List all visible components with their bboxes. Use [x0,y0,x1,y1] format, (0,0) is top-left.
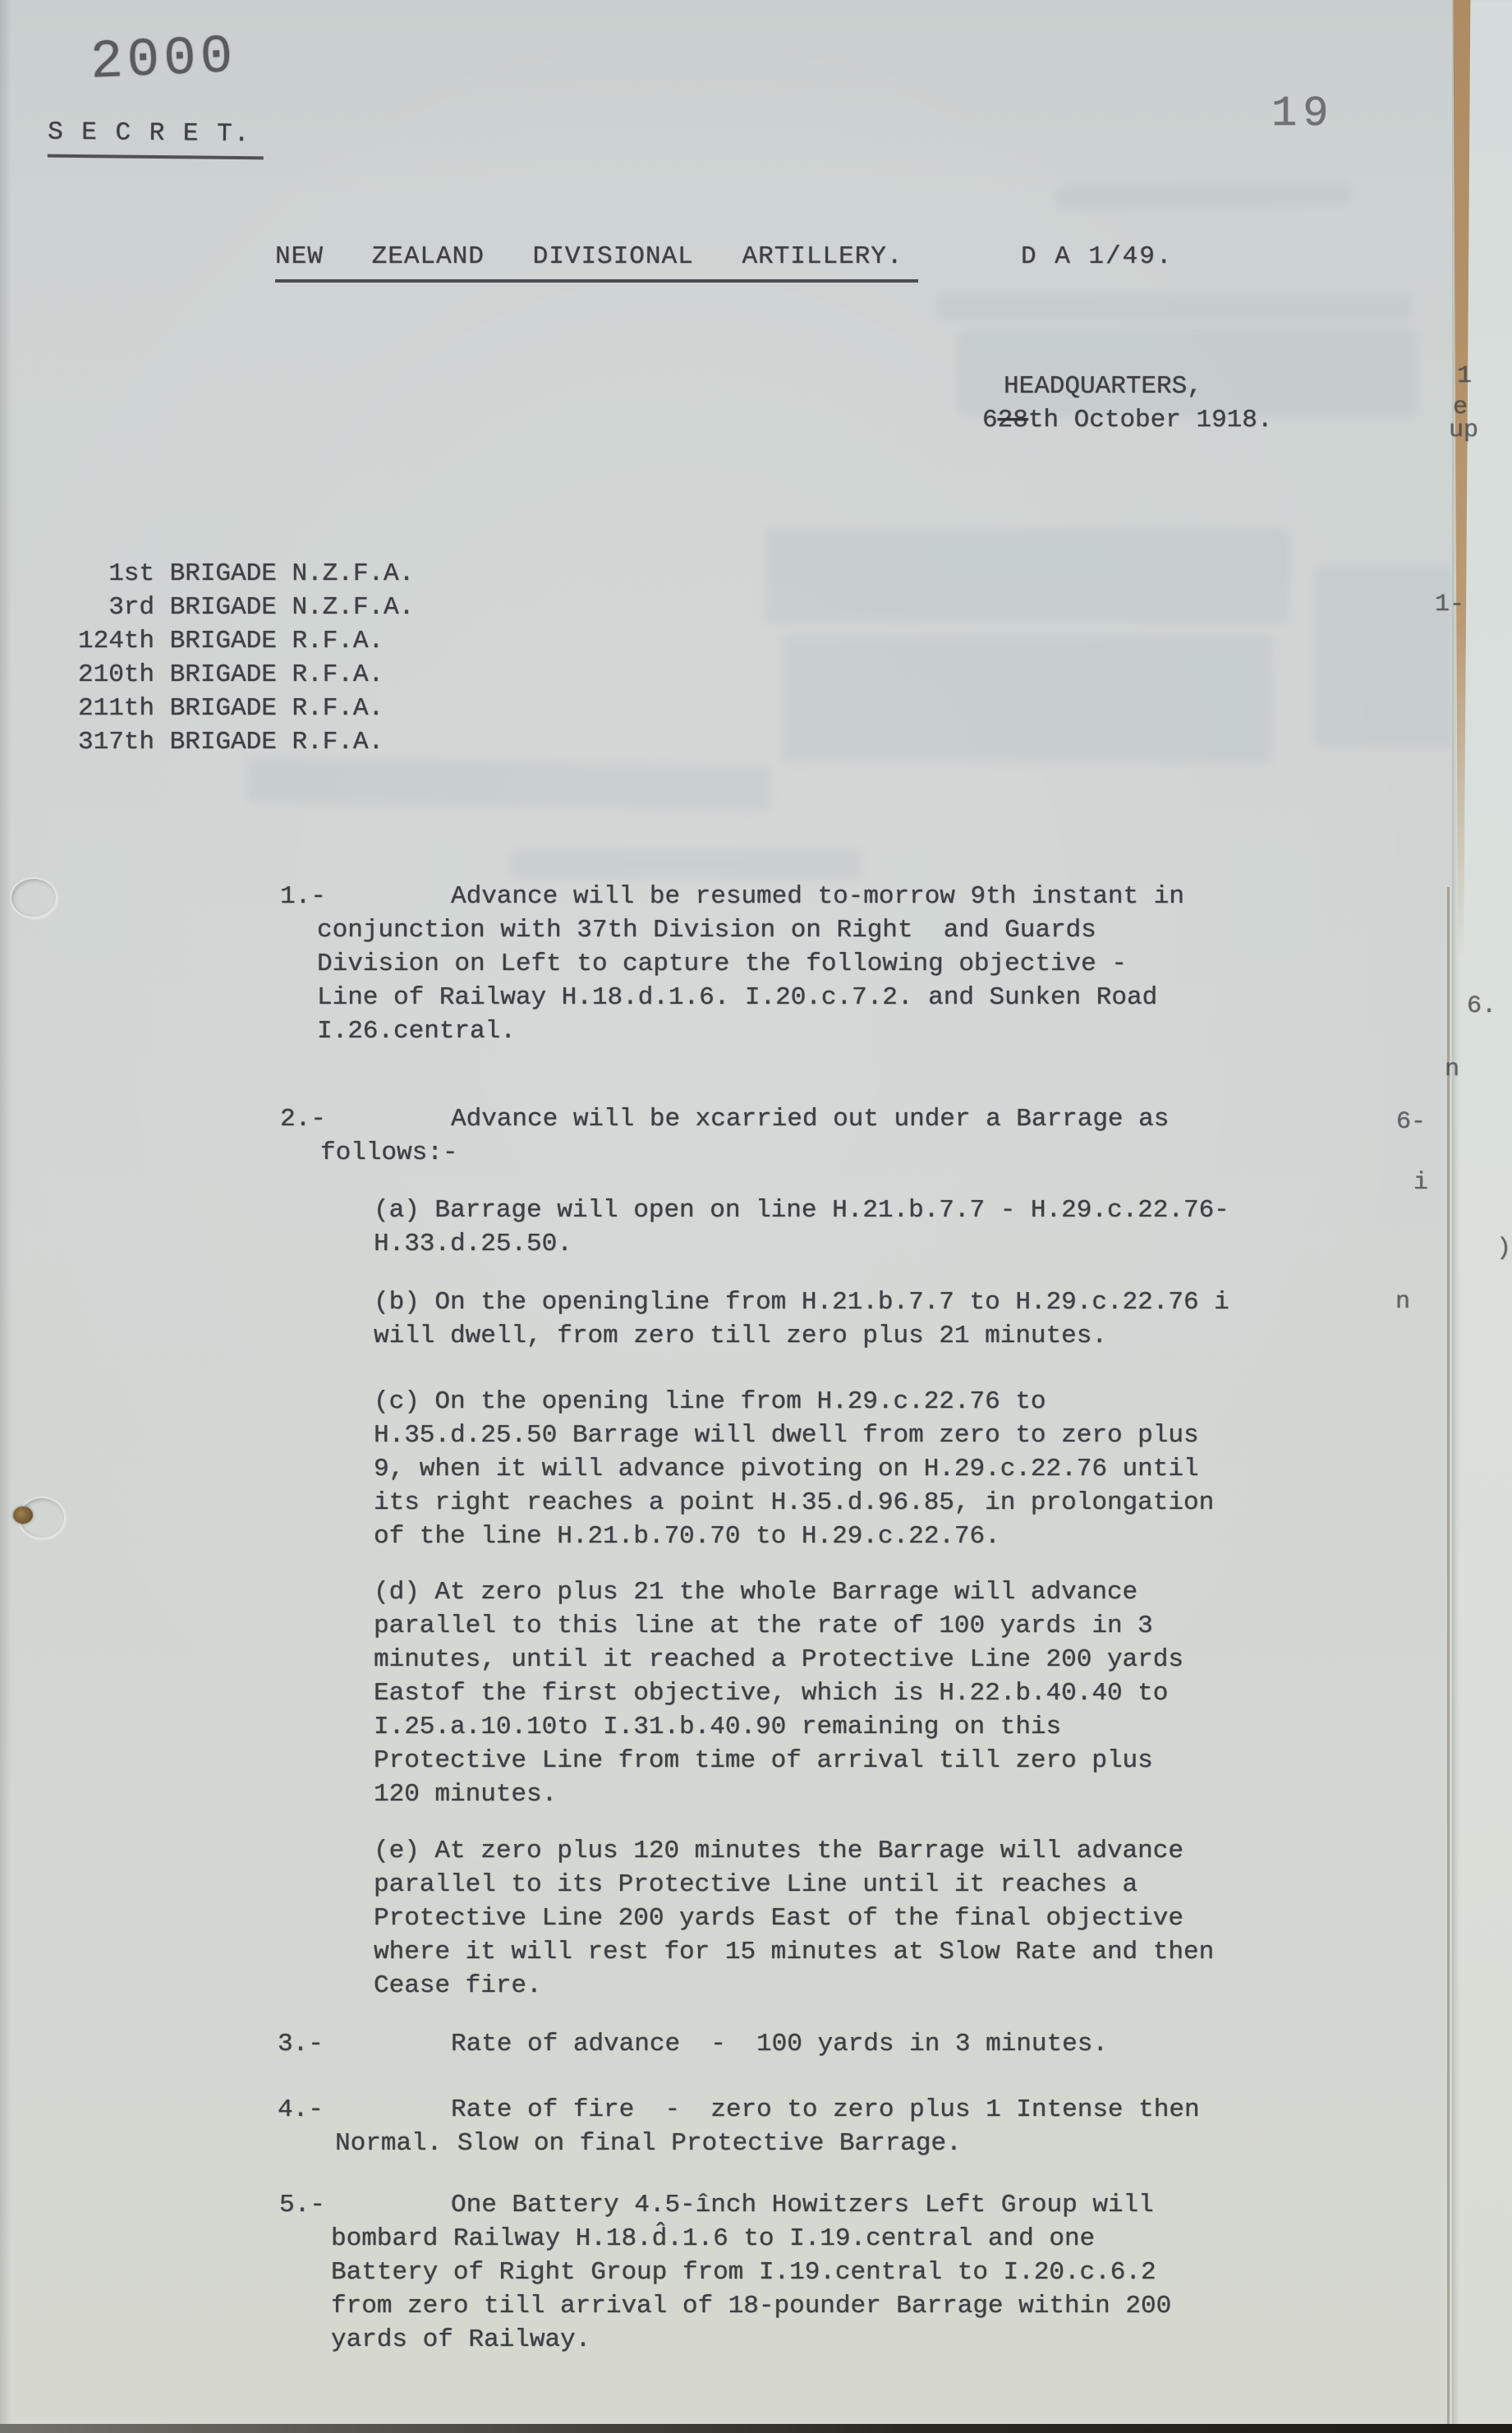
text-line: (c) On the opening line from H.29.c.22.7… [374,1385,1326,1419]
subparagraph-a: (a) Barrage will open on line H.21.b.7.7… [374,1194,1310,1261]
text-line: minutes, until it reached a Protective L… [374,1643,1326,1676]
text-line: Rate of advance - 100 yards in 3 minutes… [451,2027,1436,2061]
text-line: (e) At zero plus 120 minutes the Barrage… [374,1834,1326,1868]
paper-flaw-dot [13,1506,33,1524]
text-line: follows:- [320,1136,1240,1170]
edge-text-fragment: 1 [1457,360,1472,393]
text-line: (a) Barrage will open on line H.21.b.7.7… [374,1194,1310,1227]
addressee-list: 1st BRIGADE N.Z.F.A. 3rd BRIGADE N.Z.F.A… [78,557,414,759]
paragraph-5: One Battery 4.5-înch Howitzers Left Grou… [331,2188,1317,2357]
page-number: 19 [1271,97,1334,131]
ghost-text-smudge [509,848,862,881]
ghost-text-smudge [246,756,773,812]
text-line: 317th BRIGADE R.F.A. [78,725,414,759]
ghost-text-smudge [780,634,1273,764]
headquarters-line: HEADQUARTERS, [1004,370,1202,403]
text-line: Eastof the first objective, which is H.2… [374,1676,1326,1710]
edge-text-fragment: 6. [1467,990,1496,1023]
text-line: where it will rest for 15 minutes at Slo… [374,1935,1326,1969]
text-line: conjunction with 37th Division on Right … [317,913,1237,947]
date-overstrike: 28 [998,406,1028,435]
text-line: (b) On the openingline from H.21.b.7.7 t… [374,1285,1310,1319]
edge-text-fragment: i [1413,1166,1428,1200]
text-line: from zero till arrival of 18-pounder Bar… [331,2289,1317,2323]
paragraph-3: Rate of advance - 100 yards in 3 minutes… [451,2027,1436,2061]
paragraph-1: Advance will be resumed to-morrow 9th in… [317,880,1237,1048]
text-line: Battery of Right Group from I.19.central… [331,2256,1317,2289]
classification-label: S E C R E T. [48,116,264,160]
edge-text-fragment: ) [1496,1232,1511,1266]
document-page: 2000 S E C R E T. 19 NEW ZEALAND DIVISIO… [0,0,1512,2433]
text-line: parallel to this line at the rate of 100… [374,1609,1326,1643]
subparagraph-d: (d) At zero plus 21 the whole Barrage wi… [374,1575,1326,1811]
edge-text-fragment: n [1395,1285,1410,1319]
text-line: Normal. Slow on final Protective Barrage… [335,2127,1321,2160]
numeric-stamp: 2000 [90,39,237,80]
text-line: I.26.central. [317,1014,1237,1048]
text-line: 124th BRIGADE R.F.A. [78,624,414,658]
edge-text-fragment: n [1445,1053,1459,1087]
ghost-text-smudge [1055,182,1351,209]
text-line: 210th BRIGADE R.F.A. [78,658,414,692]
paragraph-2: Advance will be xcarried out under a Bar… [320,1102,1240,1170]
date-line: 628th October 1918. [982,403,1272,437]
text-line: H.35.d.25.50 Barrage will dwell from zer… [374,1419,1326,1452]
photo-bottom-shadow [0,2424,1512,2433]
ghost-text-smudge [764,527,1289,624]
reference-number: D A 1/49. [1021,240,1173,274]
edge-text-fragment: 6- [1396,1106,1426,1139]
text-line: parallel to its Protective Line until it… [374,1868,1326,1902]
paragraph-4: Rate of fire - zero to zero plus 1 Inten… [335,2093,1321,2160]
text-line: Advance will be xcarried out under a Bar… [320,1102,1240,1136]
paragraph-number: 4.- [278,2093,335,2127]
text-line: yards of Railway. [331,2323,1317,2357]
punch-hole-emboss [10,877,57,918]
text-line: 3rd BRIGADE N.Z.F.A. [78,591,414,624]
text-line: H.33.d.25.50. [374,1227,1310,1261]
paragraph-number: 3.- [278,2027,335,2061]
subparagraph-c: (c) On the opening line from H.29.c.22.7… [374,1385,1326,1553]
document-title: NEW ZEALAND DIVISIONAL ARTILLERY. [275,240,918,283]
text-line: (d) At zero plus 21 the whole Barrage wi… [374,1575,1326,1609]
text-line: Protective Line 200 yards East of the fi… [374,1902,1326,1935]
text-line: Rate of fire - zero to zero plus 1 Inten… [335,2093,1321,2127]
date-suffix: th October 1918. [1028,406,1273,435]
ghost-text-smudge [1314,567,1454,747]
text-line: 9, when it will advance pivoting on H.29… [374,1452,1326,1486]
text-line: I.25.a.10.10to I.31.b.40.90 remaining on… [374,1710,1326,1744]
text-line: One Battery 4.5-înch Howitzers Left Grou… [331,2188,1317,2222]
text-line: 211th BRIGADE R.F.A. [78,692,414,725]
ghost-text-smudge [936,292,1413,320]
text-line: Division on Left to capture the followin… [317,947,1237,981]
page-edge-crease [1447,887,1450,2433]
text-line: Line of Railway H.18.d.1.6. I.20.c.7.2. … [317,981,1237,1014]
edge-text-fragment: up [1449,414,1478,448]
date-prefix: 6 [982,406,998,435]
text-line: will dwell, from zero till zero plus 21 … [374,1319,1310,1353]
text-line: 1st BRIGADE N.Z.F.A. [78,557,414,591]
subparagraph-b: (b) On the openingline from H.21.b.7.7 t… [374,1285,1310,1353]
subparagraph-e: (e) At zero plus 120 minutes the Barrage… [374,1834,1326,2003]
text-line: its right reaches a point H.35.d.96.85, … [374,1486,1326,1520]
edge-text-fragment: 1- [1435,588,1464,622]
text-line: Advance will be resumed to-morrow 9th in… [317,880,1237,913]
text-line: Protective Line from time of arrival til… [374,1744,1326,1778]
paragraph-number: 5.- [279,2188,337,2222]
text-line: Cease fire. [374,1969,1326,2003]
text-line: bombard Railway H.18.d̂.1.6 to I.19.cent… [331,2222,1317,2256]
text-line: 120 minutes. [374,1778,1326,1811]
text-line: of the line H.21.b.70.70 to H.29.c.22.76… [374,1520,1326,1553]
